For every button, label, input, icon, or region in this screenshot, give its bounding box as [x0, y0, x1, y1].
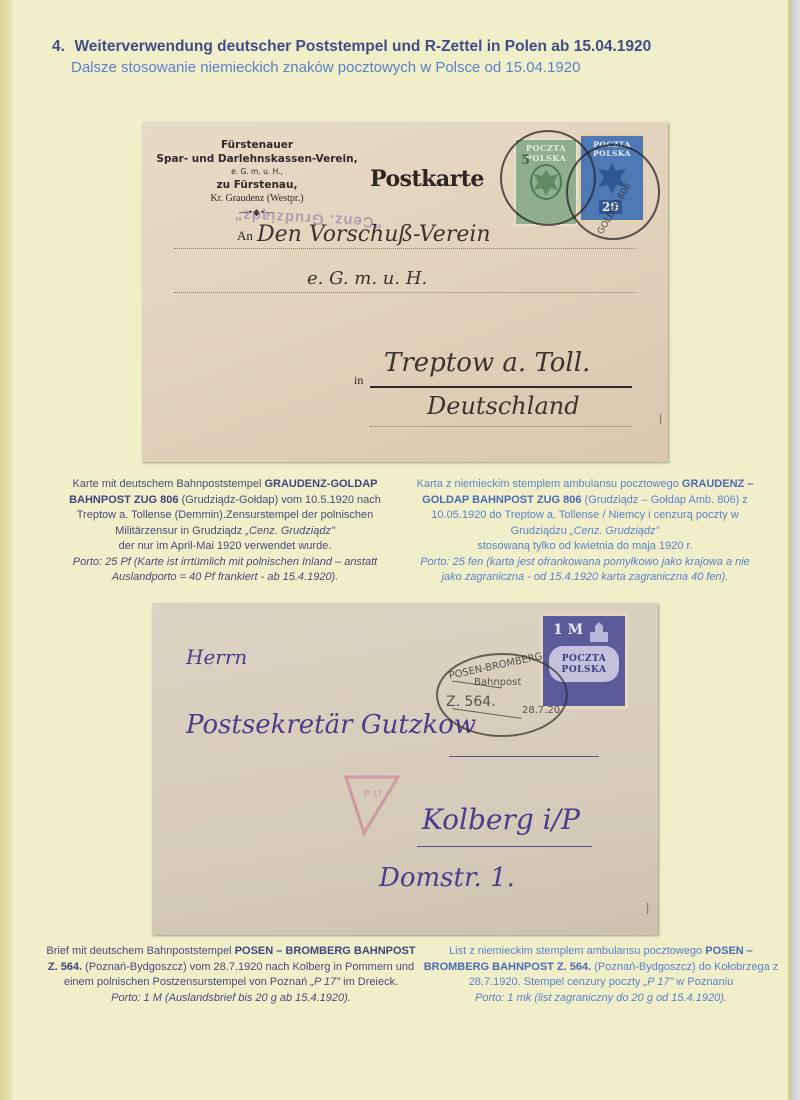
caption-polish-item1: Karta z niemieckim stemplem ambulansu po…: [412, 477, 758, 586]
sender-line: Fürstenauer: [142, 138, 372, 152]
sender-imprint: Fürstenauer Spar- und Darlehnskassen-Ver…: [142, 138, 372, 218]
svg-text:P 17: P 17: [364, 789, 382, 799]
letter-item: Herrn Postsekretär Gutzkow Kolberg i/P D…: [152, 603, 658, 935]
place-prefix: in: [354, 373, 363, 388]
castle-icon: [587, 620, 611, 644]
handwritten-address-line: Postsekretär Gutzkow: [186, 710, 476, 740]
address-dotted-line: [174, 292, 636, 293]
caption-german-item2: Brief mit deutschem Bahnpoststempel POSE…: [42, 944, 420, 1006]
handwritten-address-line: Domstr. 1.: [379, 863, 515, 893]
section-number: 4.: [52, 38, 70, 56]
caption-german-item1: Karte mit deutschem Bahnpoststempel GRAU…: [62, 477, 388, 586]
sender-line: e. G. m. u. H.,: [142, 166, 372, 178]
caption-polish-item2: List z niemieckim stemplem ambulansu poc…: [422, 944, 780, 1006]
address-dotted-line: [370, 426, 632, 427]
sender-line: Kr. Graudenz (Westpr.): [142, 192, 372, 206]
address-underline: [417, 846, 592, 847]
heading-title-polish: Dalsze stosowanie niemieckich znaków poc…: [71, 59, 580, 76]
censor-triangle-p17: P 17: [342, 773, 402, 837]
address-solid-line: [370, 386, 632, 388]
handwritten-address-line: e. G. m. u. H.: [307, 268, 427, 289]
postcard-item: Fürstenauer Spar- und Darlehnskassen-Ver…: [142, 122, 668, 462]
address-underline: [449, 756, 599, 757]
page-left-margin: [0, 0, 12, 1100]
handwritten-address-line: Den Vorschuß-Verein: [257, 222, 491, 247]
handwritten-address-line: Deutschland: [427, 392, 580, 420]
heading-title-german: Weiterverwendung deutscher Poststempel u…: [74, 38, 651, 55]
page-heading: 4. Weiterverwendung deutscher Poststempe…: [52, 38, 651, 56]
sender-line: Spar- und Darlehnskassen-Verein,: [142, 152, 372, 166]
sender-line: zu Fürstenau,: [142, 178, 372, 192]
page-right-edge: [788, 0, 800, 1100]
cancel-date: 28.7.20: [522, 705, 560, 716]
address-prefix: An: [237, 228, 253, 244]
handwritten-address-line: Kolberg i/P: [422, 803, 580, 836]
address-dotted-line: [174, 248, 636, 249]
printer-imprint: ▪▪▪▪▪▪: [644, 903, 650, 914]
printer-imprint: ▪▪▪▪▪▪: [657, 414, 663, 425]
handwritten-address-line: Treptow a. Toll.: [384, 348, 590, 378]
postmark-circle-goldap: [566, 144, 660, 240]
postcard-printed-title: Postkarte: [370, 166, 484, 192]
handwritten-address-line: Herrn: [186, 645, 247, 669]
